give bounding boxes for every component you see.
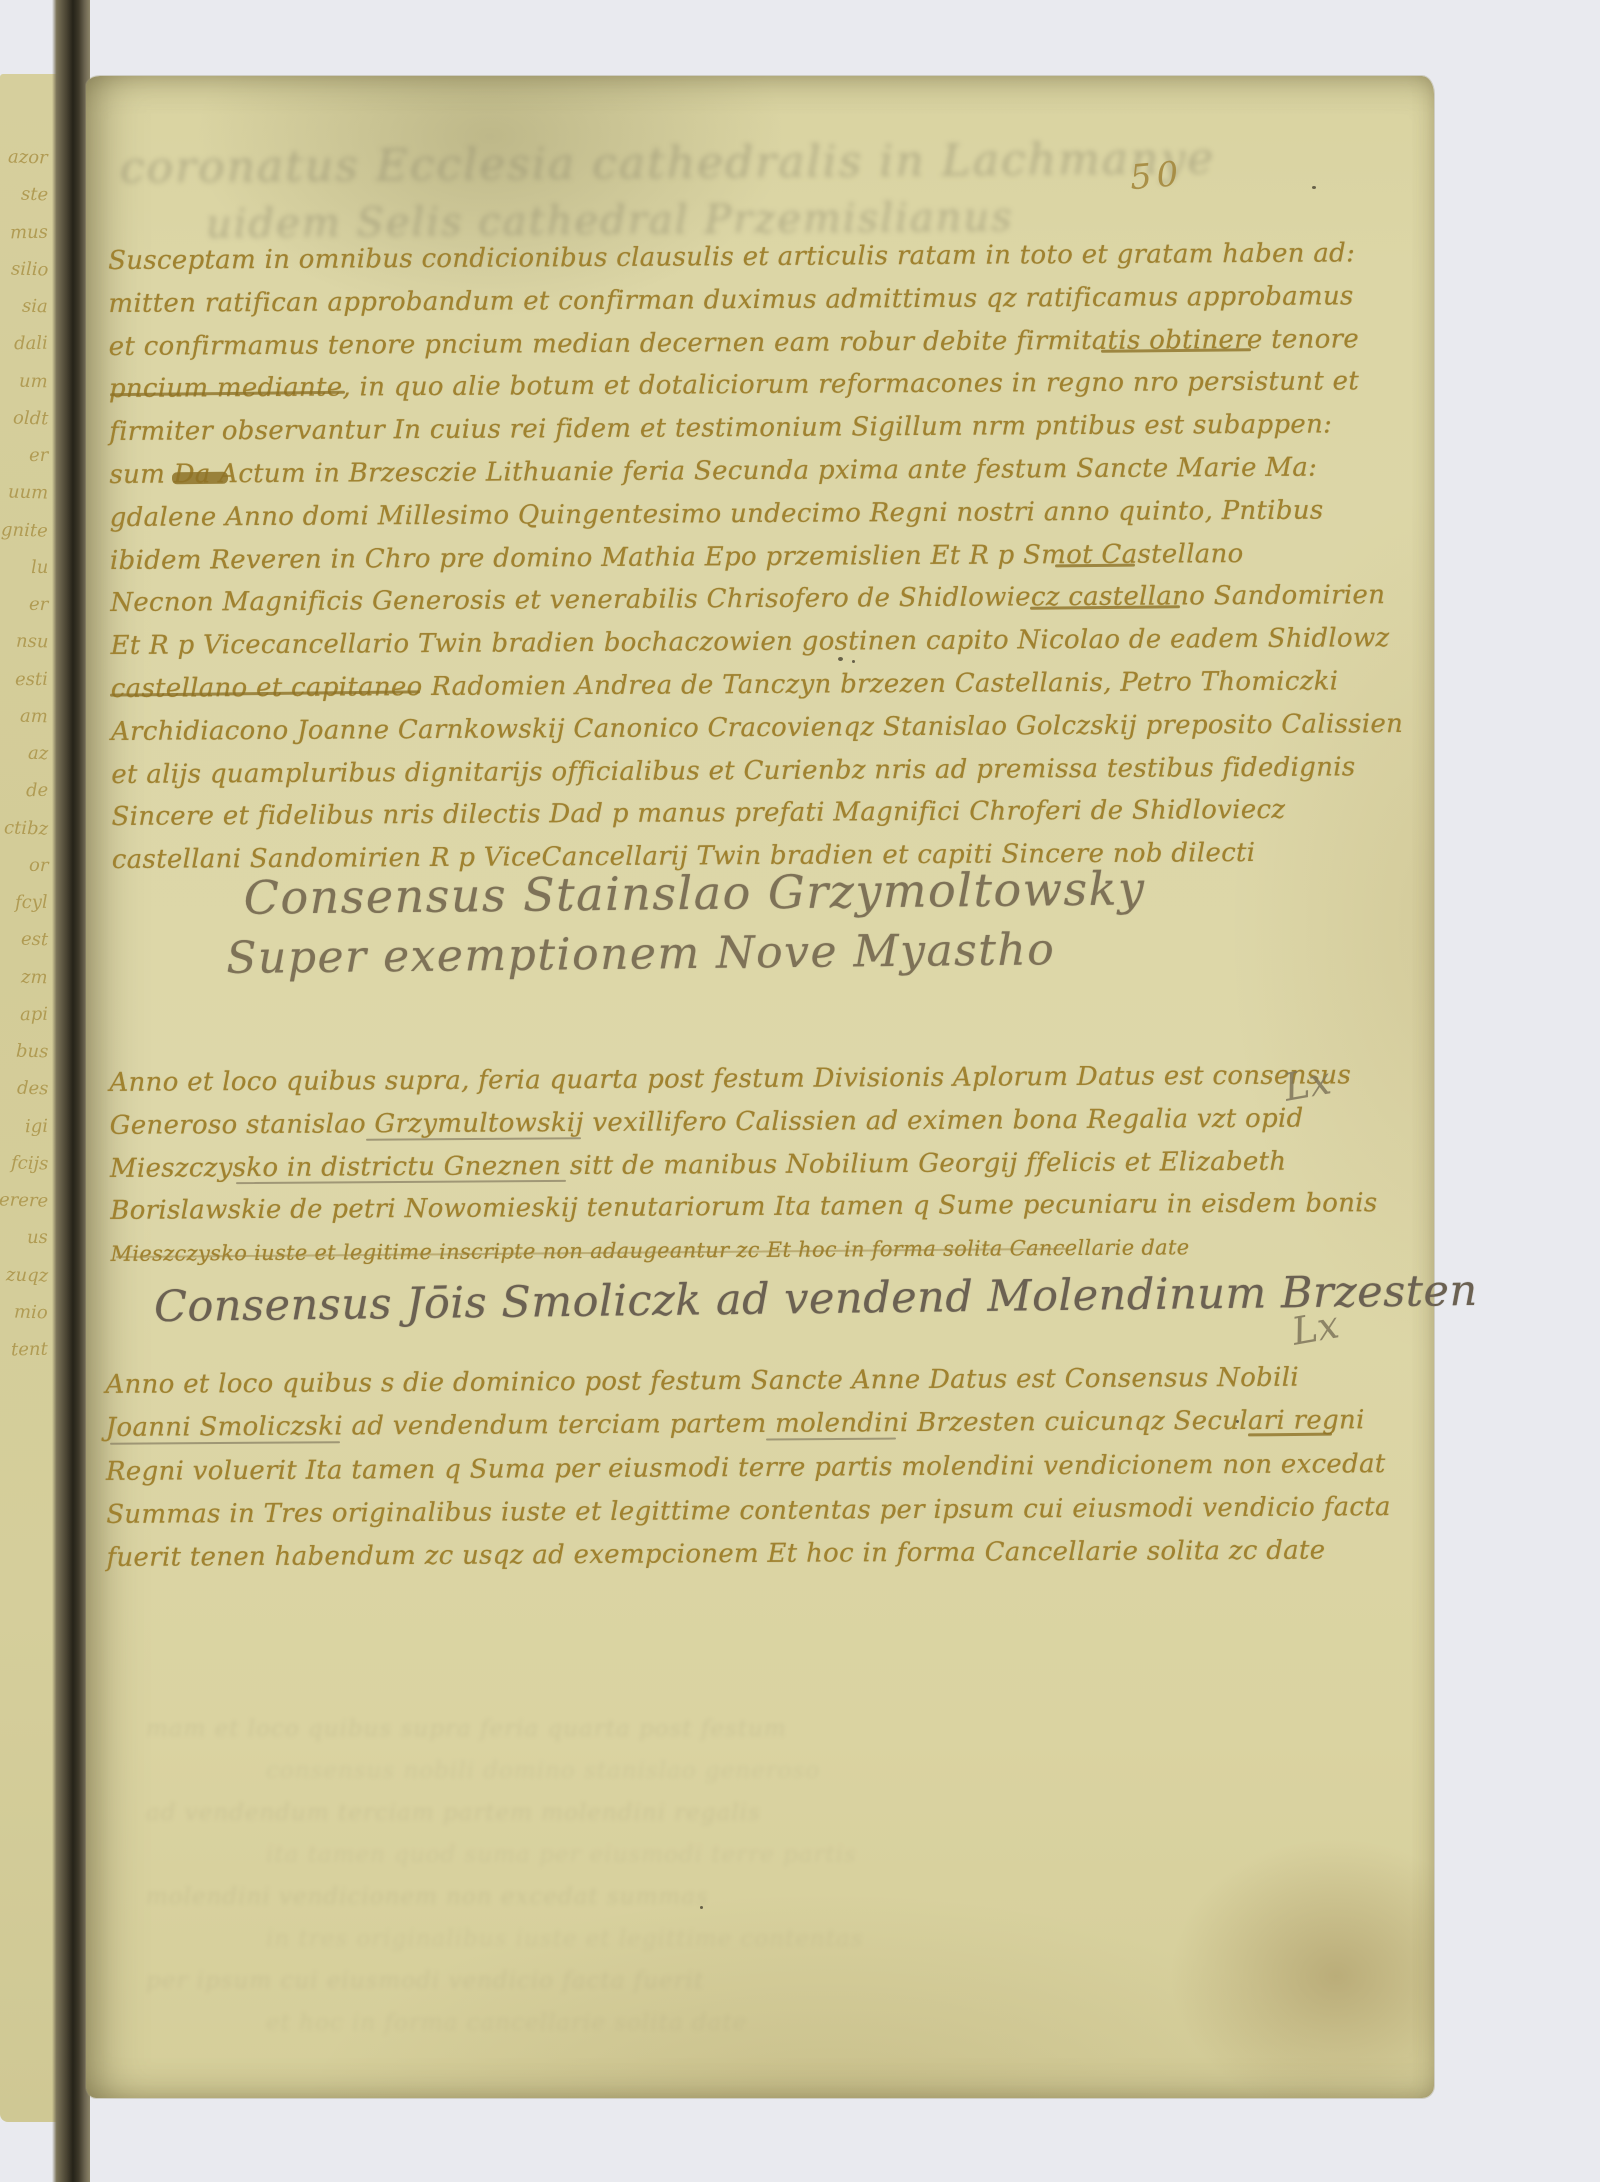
edge-fragment: mio xyxy=(14,1302,48,1323)
ghost-line: per ipsum cui eiusmodi vendicio facta fu… xyxy=(146,1968,1366,1994)
showthrough-heading-line: coronatus Ecclesia cathedralis in Lachma… xyxy=(120,133,1216,194)
edge-fragment: nsu xyxy=(15,632,48,653)
edge-fragment: de xyxy=(26,781,49,801)
manuscript-page: coronatus Ecclesia cathedralis in Lachma… xyxy=(86,76,1434,2098)
edge-fragment: uum xyxy=(7,483,48,504)
ghost-line: ad vendendum terciam partem molendini re… xyxy=(146,1800,1366,1826)
edge-fragment: igi xyxy=(25,1116,48,1136)
edge-fragment: azor xyxy=(8,147,48,168)
edge-fragment: bus xyxy=(15,1042,48,1063)
manuscript-scan: azor ste mus silio sia dali um oldt er u… xyxy=(0,0,1600,2182)
previous-page-fragments: azor ste mus silio sia dali um oldt er u… xyxy=(0,148,52,1360)
entry-confirmation-block: Susceptam in omnibus condicionibus claus… xyxy=(108,232,1404,882)
edge-fragment: am xyxy=(20,706,48,727)
binding-gutter xyxy=(52,0,90,2182)
entry-grzymoltowsky-block: Anno et loco quibus supra, feria quarta … xyxy=(109,1054,1378,1276)
margin-mark: Lx xyxy=(1281,1058,1335,1109)
showthrough-ghost-lines: mam et loco quibus supra feria quarta po… xyxy=(146,1716,1366,2036)
ink-speck xyxy=(1312,186,1316,189)
edge-fragment: lu xyxy=(30,558,48,578)
ink-speck xyxy=(852,660,855,663)
ghost-line: mam et loco quibus supra feria quarta po… xyxy=(146,1716,1366,1742)
edge-fragment: ctibz xyxy=(4,818,49,839)
edge-fragment: ste xyxy=(21,185,49,206)
heading-line: Super exemptionem Nove Myastho xyxy=(226,923,1146,984)
heading-line: Consensus Stainslao Grzymoltowsky xyxy=(243,861,1145,924)
ghost-line: molendini vendicionem non excedat summas xyxy=(146,1884,1366,1910)
manuscript-line: castellano et capitaneo Radomien Andrea … xyxy=(111,660,1403,711)
edge-fragment: er xyxy=(29,446,49,466)
edge-fragment: mus xyxy=(10,222,48,243)
edge-fragment: sia xyxy=(22,297,48,318)
edge-fragment: er xyxy=(28,595,48,615)
margin-mark: Lx xyxy=(1289,1302,1343,1353)
edge-fragment: oldt xyxy=(12,408,48,429)
edge-fragment: tent xyxy=(11,1340,48,1361)
edge-fragment: or xyxy=(28,855,48,876)
edge-fragment: us xyxy=(27,1228,48,1248)
manuscript-line: Borislawskie de petri Nowomieskij tenuta… xyxy=(110,1183,1377,1234)
ghost-line: ita tamen quod suma per eiusmodi terre p… xyxy=(266,1842,1366,1868)
ink-speck xyxy=(1236,1420,1239,1423)
folio-number: 50 xyxy=(1128,154,1185,198)
edge-fragment: silio xyxy=(10,259,48,280)
edge-fragment: zm xyxy=(21,967,48,988)
ink-blot-deletion xyxy=(172,472,228,485)
edge-fragment: erere xyxy=(0,1190,48,1211)
manuscript-line: gdalene Anno domi Millesimo Quingentesim… xyxy=(110,489,1402,540)
manuscript-line: sum Da Actum in Brzesczie Lithuanie feri… xyxy=(109,446,1401,497)
edge-fragment: fcijs xyxy=(10,1153,48,1174)
entry-heading-smoliczk: Consensus Jōis Smoliczk ad vendend Molen… xyxy=(154,1266,1478,1332)
edge-fragment: zuqz xyxy=(6,1265,49,1286)
ghost-line: et hoc in forma cancellarie solita date xyxy=(266,2010,1366,2036)
edge-fragment: fcyl xyxy=(15,893,48,914)
edge-fragment: gnite xyxy=(1,520,48,541)
edge-fragment: az xyxy=(28,744,49,765)
manuscript-line: Anno et loco quibus supra, feria quarta … xyxy=(109,1054,1376,1105)
manuscript-line: fuerit tenen habendum zc usqz ad exempci… xyxy=(106,1529,1391,1580)
manuscript-line: Generoso stanislao Grzymultowskij vexill… xyxy=(110,1097,1377,1148)
ink-speck xyxy=(838,657,843,661)
manuscript-line: Susceptam in omnibus condicionibus claus… xyxy=(108,232,1400,283)
edge-fragment: dali xyxy=(14,334,48,355)
edge-fragment: esti xyxy=(15,669,48,690)
ink-speck xyxy=(700,1906,703,1909)
edge-fragment: um xyxy=(19,371,48,392)
manuscript-line: Regni voluerit Ita tamen q Suma per eius… xyxy=(106,1443,1391,1494)
entry-smoliczk-block: Anno et loco quibus s die dominico post … xyxy=(105,1356,1391,1580)
manuscript-line: Archidiacono Joanne Carnkowskij Canonico… xyxy=(111,703,1403,754)
manuscript-line: mitten ratifican approbandum et confirma… xyxy=(108,275,1400,326)
entry-heading-grzymoltowsky: Consensus Stainslao Grzymoltowsky Super … xyxy=(243,861,1146,983)
ghost-line: consensus nobili domino stanislao genero… xyxy=(266,1758,1366,1784)
edge-fragment: est xyxy=(21,930,49,951)
edge-fragment: des xyxy=(16,1079,48,1100)
ghost-line: in tres originalibus iuste et legittime … xyxy=(266,1926,1366,1952)
edge-fragment: api xyxy=(20,1005,48,1025)
